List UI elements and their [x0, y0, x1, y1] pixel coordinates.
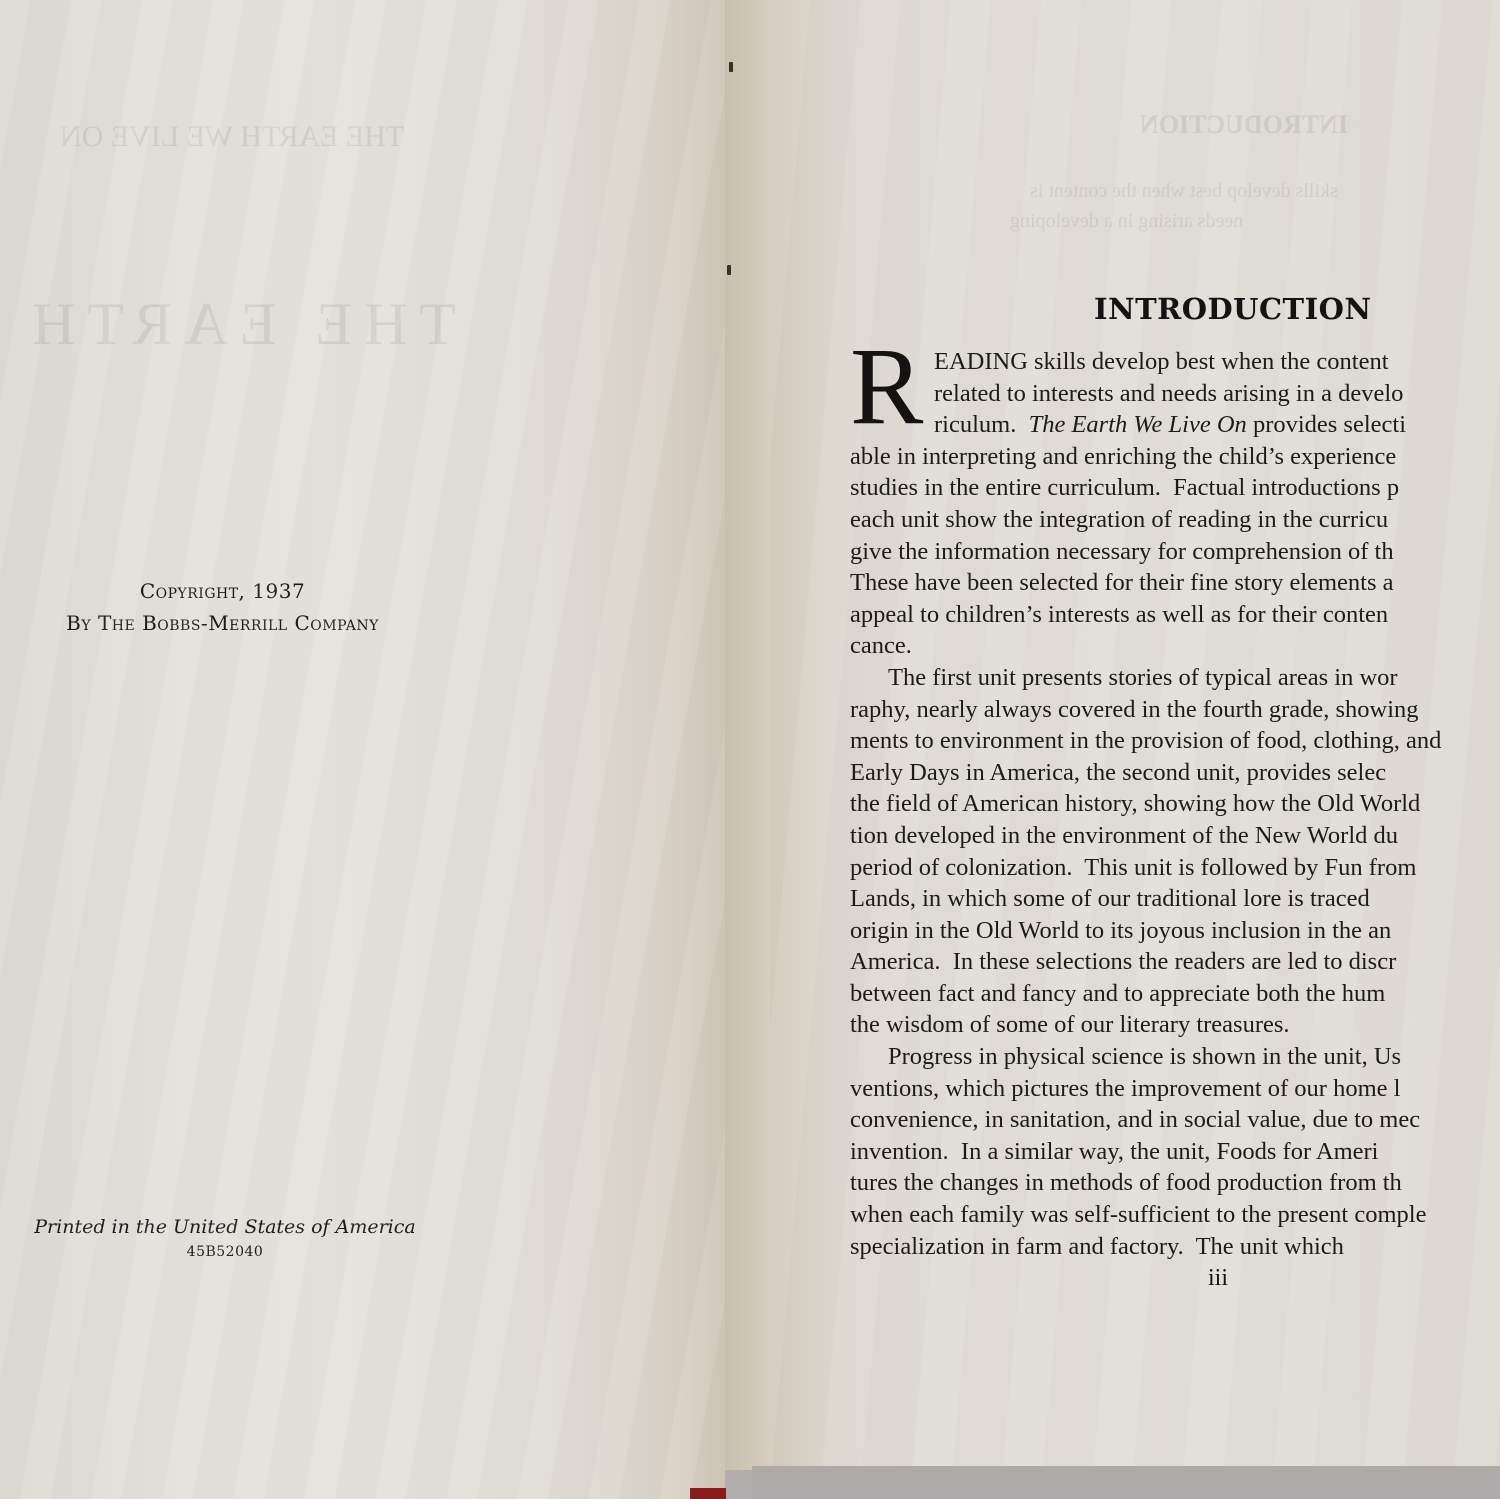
binding-thread-mark	[727, 265, 731, 275]
bleed-through-heading: INTRODUCTION	[1140, 110, 1348, 140]
text-line: These have been selected for their fine …	[850, 567, 1500, 599]
book-title-italic: The Earth We Live On	[1029, 411, 1247, 438]
text-line: ments to environment in the provision of…	[850, 725, 1500, 757]
text-line: between fact and fancy and to appreciate…	[850, 978, 1500, 1010]
text-line: America. In these selections the readers…	[850, 946, 1500, 978]
text-line: tures the changes in methods of food pro…	[850, 1167, 1500, 1199]
text-line: studies in the entire curriculum. Factua…	[850, 472, 1500, 504]
cover-edge	[690, 1488, 726, 1499]
printed-in-line: Printed in the United States of America	[0, 1214, 450, 1240]
text-line: the field of American history, showing h…	[850, 788, 1500, 820]
text-line: able in interpreting and enriching the c…	[850, 441, 1500, 473]
text-line: cance.	[850, 630, 1500, 662]
text-line: when each family was self-sufficient to …	[850, 1199, 1500, 1231]
table-surface	[752, 1466, 1500, 1499]
text-line: related to interests and needs arising i…	[850, 378, 1500, 410]
introduction-body: EADING skills develop best when the cont…	[850, 346, 1500, 1262]
text-line: appeal to children’s interests as well a…	[850, 599, 1500, 631]
copyright-notice: Copyright, 1937 By The Bobbs-Merrill Com…	[0, 575, 445, 639]
bleed-through-title: THE EARTH	[20, 290, 456, 359]
text-line: origin in the Old World to its joyous in…	[850, 915, 1500, 947]
print-info: Printed in the United States of America …	[0, 1214, 450, 1264]
bleed-through-text: skills develop best when the content is	[1030, 180, 1338, 203]
page-title: INTRODUCTION	[1094, 292, 1371, 326]
page-number: iii	[1208, 1265, 1228, 1292]
print-code: 45B52040	[0, 1240, 450, 1264]
copyright-year-line: Copyright, 1937	[0, 575, 445, 607]
text-line: period of colonization. This unit is fol…	[850, 852, 1500, 884]
text-segment: riculum.	[934, 411, 1029, 438]
left-page-copyright: THE EARTH WE LIVE ON THE EARTH Copyright…	[0, 0, 725, 1499]
text-segment: provides selecti	[1247, 411, 1406, 438]
text-line: EADING skills develop best when the cont…	[850, 346, 1500, 378]
bleed-through-text: THE EARTH WE LIVE ON	[60, 120, 404, 154]
text-line: The first unit presents stories of typic…	[850, 662, 1500, 694]
open-book-photo: THE EARTH WE LIVE ON THE EARTH Copyright…	[0, 0, 1500, 1499]
text-line: give the information necessary for compr…	[850, 536, 1500, 568]
bleed-through-text: needs arising in a developing	[1010, 210, 1243, 233]
text-line: riculum. The Earth We Live On provides s…	[850, 409, 1500, 441]
text-line: Lands, in which some of our traditional …	[850, 883, 1500, 915]
text-line: invention. In a similar way, the unit, F…	[850, 1136, 1500, 1168]
text-line: Early Days in America, the second unit, …	[850, 757, 1500, 789]
text-line: the wisdom of some of our literary treas…	[850, 1009, 1500, 1041]
text-line: tion developed in the environment of the…	[850, 820, 1500, 852]
binding-thread-mark	[729, 62, 733, 72]
text-line: convenience, in sanitation, and in socia…	[850, 1104, 1500, 1136]
text-line: each unit show the integration of readin…	[850, 504, 1500, 536]
book-gutter	[725, 0, 775, 1470]
text-line: ventions, which pictures the improvement…	[850, 1073, 1500, 1105]
text-line: Progress in physical science is shown in…	[850, 1041, 1500, 1073]
publisher-line: By The Bobbs-Merrill Company	[0, 607, 445, 639]
text-line: raphy, nearly always covered in the four…	[850, 694, 1500, 726]
text-line: specialization in farm and factory. The …	[850, 1231, 1500, 1263]
